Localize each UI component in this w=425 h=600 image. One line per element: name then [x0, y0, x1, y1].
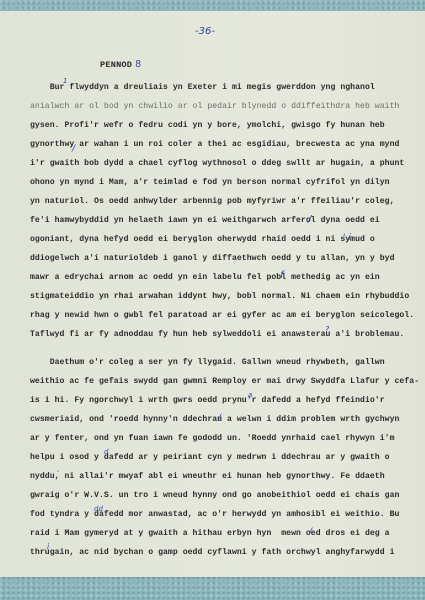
chapter-label: PENNOD [100, 60, 132, 70]
typewritten-page: -36- PENNOD8 Bur flwyddyn a dreuliais yn… [0, 11, 425, 577]
text-line: gysen. Profi'r wefr o fedru codi yn y bo… [30, 121, 385, 130]
pen-mark: dd [94, 505, 103, 513]
text-line: fod tyndra y dafedd mor anwastad, ac o'r… [30, 510, 399, 519]
pen-mark: / [308, 214, 311, 225]
pen-mark: f [280, 270, 284, 281]
pen-mark: / [309, 527, 312, 537]
text-line: Daethum o'r coleg a ser yn fy llygaid. G… [30, 358, 385, 367]
text-line: weithio ac fe gefais swydd gan gwmni Rem… [30, 377, 419, 386]
text-line: ddiogelwch a'i naturioldeb i ganol y dif… [30, 254, 395, 263]
chapter-heading: PENNOD8 [100, 59, 141, 70]
text-line: gynorthwy ar wahan i un roi coler a thei… [30, 140, 399, 149]
text-line: raid i Mam gymeryd at y gwaith a hithau … [30, 529, 390, 538]
text-line: thrugain, ac nid bychan o gamp oedd cyfl… [30, 548, 395, 557]
text-line: is i hi. Fy ngorchwyl i wrth gwrs oedd p… [30, 396, 385, 405]
page-number: -36- [195, 26, 215, 37]
text-line: Bur flwyddyn a dreuliais yn Exeter i mi … [30, 83, 375, 92]
text-line: anialwch ar ol bod yn chwilio ar ol peda… [30, 102, 399, 111]
text-line: ar y fenter, ond yn fuan iawn fe gododd … [30, 434, 395, 443]
text-line: gwraig o'r W.V.S. un tro i wneud hynny o… [30, 491, 399, 500]
text-line: Taflwyd fi ar fy adnoddau fy hun heb syl… [30, 330, 404, 339]
text-line: fe'i hamwybyddid yn helaeth iawn yn ei w… [30, 216, 380, 225]
pen-mark: 1 [63, 77, 67, 85]
text-line: i'r gwaith bob dydd a chael cyflog wythn… [30, 159, 404, 168]
text-line: nyddu, ni allai'r mwyaf abl ei wneuthr e… [30, 472, 385, 481]
pen-mark: / [72, 144, 75, 154]
text-line: yn naturiol. Os oedd anhwylder arbennig … [30, 197, 395, 206]
text-line: cwsmeriaid, ond 'roedd hynny'n ddechrau … [30, 415, 399, 424]
pen-mark: d [104, 448, 108, 456]
pen-mark: ? [325, 325, 329, 334]
text-line: rhag y newid hwn o gwbl fel paratoad ar … [30, 311, 414, 320]
text-line: helpu i osod y dafedd ar y peiriant cyn … [30, 453, 390, 462]
chapter-number: 8 [135, 59, 141, 70]
pen-mark: i [47, 542, 49, 551]
text-line: mawr a edrychai arnom ac oedd yn ein lab… [30, 273, 380, 282]
pen-mark: ' i [343, 233, 351, 243]
pen-mark: ' [57, 469, 59, 477]
pen-mark: / [218, 413, 221, 423]
text-line: ogoniant, dyna hefyd oedd ei beryglon oh… [30, 235, 375, 244]
text-line: ohono yn mynd i Mam, a'r teimlad e fod y… [30, 178, 390, 187]
pen-mark: a [248, 391, 252, 399]
text-line: stigmateiddio yn rhai arwahan iddynt hwy… [30, 292, 409, 301]
